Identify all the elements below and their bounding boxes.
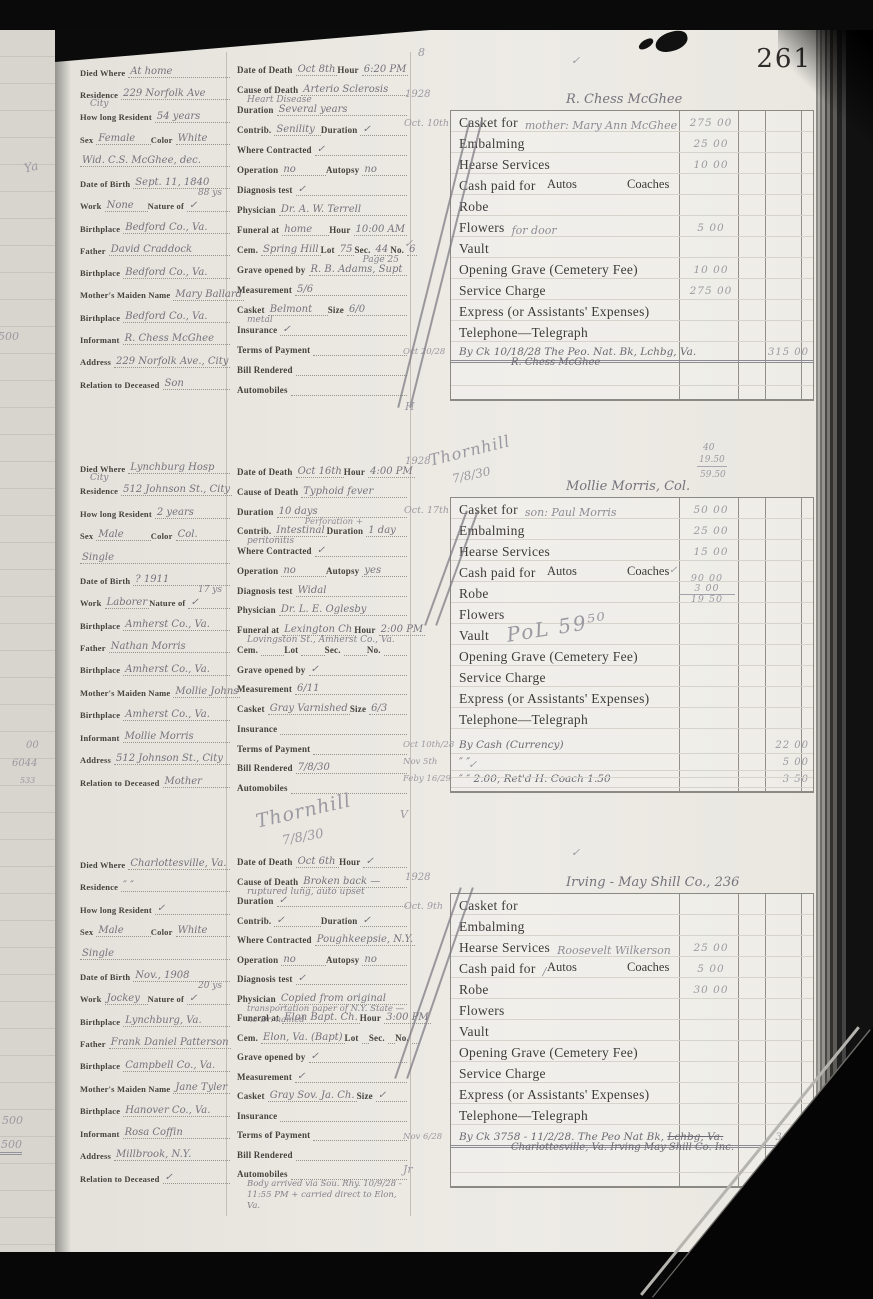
payment-amount: 5 00: [761, 757, 809, 768]
field-label: Insurance: [237, 725, 277, 735]
billing-items: Casket forson: Paul Morris50 00Embalming…: [451, 498, 813, 729]
field-value: 6/11: [295, 683, 407, 695]
field-row: SexMaleColorWhite: [80, 925, 230, 937]
field-label: Diagnosis test: [237, 975, 293, 985]
field-label: Bill Rendered: [237, 1151, 293, 1161]
field-value: 6/0: [347, 304, 407, 316]
ruled-spacer: [451, 777, 813, 778]
field-row: Measurement✓: [237, 1071, 407, 1083]
billing-item-label: Hearse Services: [459, 157, 550, 173]
field-label: Duration: [237, 508, 274, 518]
personal-fields: Died WhereLynchburg HospCityResidence512…: [80, 462, 230, 788]
annotation-check-margin: ✓: [404, 237, 413, 250]
personal-fields: Died WhereCharlottesville, Va.Residence″…: [80, 858, 230, 1184]
billing-item-row: Hearse Services15 00: [451, 540, 813, 561]
field-label: Where Contracted: [237, 146, 312, 156]
field-value: 512 Johnson St., City: [114, 753, 230, 765]
billing-box: 1928Oct. 17thMollie Morris, Col.Casket f…: [450, 497, 814, 793]
field-subtext: Heart Disease: [247, 95, 312, 105]
field-value: At home: [128, 66, 230, 78]
field-row: Mother's Maiden NameMollie Johns: [80, 686, 230, 698]
billing-item-note: son: Paul Morris: [525, 506, 617, 519]
prev-page-edge: Ya5000060445335001500: [0, 30, 55, 1252]
field-value: Nathan Morris: [109, 641, 230, 653]
field-label: Cem.: [237, 1034, 258, 1044]
field-value: ✓: [188, 597, 230, 609]
payment-text: ″ ″ 2.00, Ret'd H. Coach 1.50: [459, 773, 611, 785]
field-row: How long Resident2 years: [80, 507, 230, 519]
field-value: Oct 16th: [296, 466, 344, 478]
field-value: Gray Varnished: [268, 703, 350, 715]
field-value: 5/6: [295, 284, 407, 296]
field-label: Address: [80, 1152, 111, 1161]
annotation-script-mid: Thornhill: [254, 789, 354, 832]
field-label: Color: [151, 928, 173, 937]
field-subtext: Lovingston St., Amherst Co., Va.: [247, 635, 395, 645]
margin-fragment: 1500: [0, 1138, 22, 1155]
field-label: Hour: [344, 468, 365, 478]
field-label: Work: [80, 202, 102, 211]
field-value: White: [176, 133, 230, 145]
billing-item-note: mother: Mary Ann McGhee: [525, 119, 677, 132]
billing-item-row: Opening Grave (Cemetery Fee)10 00: [451, 258, 813, 279]
field-label: Birthplace: [80, 1107, 120, 1116]
check-mark: ✓: [669, 565, 677, 576]
field-label: Operation: [237, 956, 278, 966]
field-value: Rosa Coffin: [123, 1127, 230, 1139]
field-value: ✓: [309, 664, 407, 676]
field-row: Bill Rendered: [237, 364, 407, 376]
billing-item-label: Flowers: [459, 1003, 505, 1019]
field-value: Dr. L. E. Oglesby: [279, 604, 407, 616]
field-row: InformantRosa Coffin: [80, 1127, 230, 1139]
field-value: [301, 644, 324, 656]
billing-item-label: Service Charge: [459, 670, 546, 686]
billing-item-row: Opening Grave (Cemetery Fee): [451, 1041, 813, 1062]
billing-date: Oct. 10th: [404, 118, 450, 129]
payment-row: Oct 20/28By Ck 10/18/28 The Peo. Nat. Bk…: [451, 344, 813, 363]
billing-item-row: Telephone—Telegraph: [451, 708, 813, 729]
field-label: Residence: [80, 883, 118, 892]
field-row: OperationnoAutopsyyes: [237, 565, 407, 577]
margin-fragment: 500: [0, 330, 19, 343]
field-value: ✓: [277, 895, 407, 907]
billing-amount: 5 00: [685, 222, 737, 234]
field-value: 6:20 PM: [362, 64, 409, 76]
margin-fragment: 500: [2, 1114, 23, 1127]
billing-item-label: Hearse Services: [459, 544, 550, 560]
field-row: CasketGray Sov. Ja. Ch.Size✓: [237, 1090, 407, 1102]
billing-item-row: Robe: [451, 195, 813, 216]
field-subtext: 20 ys: [198, 981, 222, 991]
field-label: Birthplace: [80, 314, 120, 323]
billing-year: 1928: [405, 89, 430, 100]
payment-row: Nov 6/28By Ck 3758 - 11/2/28. The Peo Na…: [451, 1129, 813, 1148]
payment-date: Nov 5th: [403, 757, 449, 767]
billing-item-label: Express (or Assistants' Expenses): [459, 1087, 649, 1103]
field-value: no: [281, 565, 326, 577]
field-row: Died WhereAt home: [80, 66, 230, 78]
field-value: Male: [96, 529, 150, 541]
annotation-mark-margin-bottom: Jr: [403, 1163, 413, 1176]
billing-item-row: Service Charge: [451, 1062, 813, 1083]
field-label: Size: [357, 1092, 373, 1102]
billing-item-label: Robe: [459, 586, 489, 602]
field-value: Bedford Co., Va.: [123, 222, 230, 234]
billing-item-row: FlowersPoL 59⁵⁰: [451, 603, 813, 624]
margin-fragment: 6044: [12, 758, 37, 769]
field-row: Date of DeathOct 8thHour6:20 PM: [237, 64, 407, 76]
field-label: Birthplace: [80, 1018, 120, 1027]
billing-item-row: Telephone—Telegraph: [451, 1104, 813, 1125]
field-label: Sex: [80, 928, 93, 937]
field-label: Father: [80, 247, 106, 256]
billing-subcolumn-label: Coaches: [627, 960, 669, 975]
field-row: Funeral atLexington ChHour2:00 PMLovings…: [237, 624, 407, 636]
field-label: Birthplace: [80, 225, 120, 234]
field-label: Date of Birth: [80, 577, 130, 586]
field-label: How long Resident: [80, 113, 152, 122]
field-value: ″ ″: [121, 880, 230, 892]
field-row: Date of DeathOct 16thHour4:00 PM: [237, 466, 407, 478]
field-row: BirthplaceBedford Co., Va.: [80, 222, 230, 234]
payment-text: By Cash (Currency): [459, 739, 564, 751]
field-row: Mother's Maiden NameJane Tyler: [80, 1082, 230, 1094]
field-label: Residence: [80, 487, 118, 496]
field-label: Contrib.: [237, 126, 271, 136]
field-label: Terms of Payment: [237, 745, 310, 755]
field-label: Birthplace: [80, 666, 120, 675]
field-row: BirthplaceBedford Co., Va.: [80, 267, 230, 279]
field-value: ✓: [363, 856, 407, 868]
field-label: Sex: [80, 532, 93, 541]
billing-item-note: Roosevelt Wilkerson: [557, 944, 671, 957]
billing-item-row: Express (or Assistants' Expenses): [451, 300, 813, 321]
billing-amount: 25 00: [685, 942, 737, 954]
billing-box: 1928Oct. 9thIrving - May Shill Co., 236C…: [450, 893, 814, 1188]
field-label: Relation to Deceased: [80, 1175, 160, 1184]
field-label: Grave opened by: [237, 1053, 306, 1063]
annotation-script-top-date: 7/8/30: [451, 464, 492, 486]
field-label: Cem.: [237, 646, 258, 656]
field-value: [313, 743, 407, 755]
field-label: Birthplace: [80, 269, 120, 278]
field-row: Died WhereCharlottesville, Va.: [80, 858, 230, 870]
field-label: Automobiles: [237, 784, 288, 794]
field-subtext: 88 ys: [198, 188, 222, 198]
payment-date: Feby 16/29: [403, 774, 449, 784]
field-label: Operation: [237, 166, 278, 176]
billing-item-label: Cash paid for: [459, 178, 536, 194]
billing-item-note: for door: [512, 224, 557, 237]
field-value: Charlottesville, Va.: [128, 858, 230, 870]
field-value: Spring Hill: [261, 244, 321, 256]
billing-subcolumn-label: Autos: [547, 564, 577, 579]
field-label: Terms of Payment: [237, 346, 310, 356]
field-value: 10:00 AM: [354, 224, 407, 236]
billing-item-label: Vault: [459, 628, 489, 644]
field-row: Residence229 Norfolk AveCity: [80, 88, 230, 100]
field-value: Poughkeepsie, N.Y.: [315, 934, 415, 946]
billing-item-label: Telephone—Telegraph: [459, 325, 588, 341]
billing-item-row: Flowersfor door5 00: [451, 216, 813, 237]
billing-item-label: Embalming: [459, 136, 525, 152]
billing-amount: 275 00: [685, 285, 737, 297]
billing-item-row: Telephone—Telegraph: [451, 321, 813, 342]
billing-item-label: Flowers: [459, 220, 505, 236]
field-row: Bill Rendered: [237, 1149, 407, 1161]
billing-item-label: Opening Grave (Cemetery Fee): [459, 649, 638, 665]
field-row: Single: [80, 948, 230, 960]
field-label: Color: [151, 136, 173, 145]
annotation-script-mid-date: 7/8/30: [281, 826, 325, 848]
field-label: Birthplace: [80, 711, 120, 720]
field-value: David Craddock: [109, 244, 230, 256]
billing-item-label: Opening Grave (Cemetery Fee): [459, 262, 638, 278]
billing-item-row: Express (or Assistants' Expenses): [451, 687, 813, 708]
field-label: Relation to Deceased: [80, 779, 160, 788]
field-value: Amherst Co., Va.: [123, 664, 230, 676]
field-row: Insurance: [237, 723, 407, 735]
annotation-check-top-mid: ✓: [571, 846, 580, 859]
field-value: 4:00 PM: [368, 466, 415, 478]
field-row: Grave opened byR. B. Adams, Supt: [237, 264, 407, 276]
billing-item-row: Casket forson: Paul Morris50 00: [451, 498, 813, 519]
billing-item-label: Cash paid for: [459, 565, 536, 581]
field-value: Elon, Va. (Bapt): [261, 1032, 344, 1044]
field-row: Insurance: [237, 1110, 407, 1122]
field-value: ✓: [163, 1172, 230, 1184]
burial-record: Died WhereLynchburg HospCityResidence512…: [55, 455, 818, 847]
field-row: DurationSeveral years: [237, 104, 407, 116]
field-row: OperationnoAutopsyno: [237, 164, 407, 176]
billing-amount: 5 00: [685, 963, 737, 975]
field-value: Mother: [163, 776, 230, 788]
field-value: [313, 1129, 407, 1141]
field-label: Where Contracted: [237, 547, 312, 557]
payment-row: Feby 16/29″ ″ 2.00, Ret'd H. Coach 1.503…: [451, 771, 813, 788]
field-label: Nature of: [148, 202, 184, 211]
field-label: Autopsy: [326, 567, 359, 577]
payment-text2: Charlottesville, Va. Irving May Shill Co…: [511, 1142, 734, 1153]
field-value: [384, 644, 407, 656]
field-value: ✓: [280, 324, 407, 336]
field-row: PhysicianDr. A. W. Terrell: [237, 204, 407, 216]
field-row: SexFemaleColorWhite: [80, 133, 230, 145]
death-fields: Date of DeathOct 8thHour6:20 PMCause of …: [237, 64, 407, 396]
field-row: How long Resident✓: [80, 903, 230, 915]
field-value: Female: [96, 133, 150, 145]
field-label: Hour: [337, 66, 358, 76]
field-row: Where Contracted✓: [237, 144, 407, 156]
field-row: Cause of DeathArterio SclerosisHeart Dis…: [237, 84, 407, 96]
annotation-sum-res: 59.50: [700, 470, 726, 480]
field-label: Cause of Death: [237, 488, 298, 498]
field-value: ✓: [295, 1071, 407, 1083]
billing-item-row: Embalming25 00: [451, 519, 813, 540]
billing-payer: Irving - May Shill Co., 236: [566, 875, 739, 890]
billing-item-label: Hearse Services: [459, 940, 550, 956]
annotation-mark-top-left: 8: [418, 46, 425, 59]
field-value: Single: [80, 552, 230, 564]
billing-item-row: Opening Grave (Cemetery Fee): [451, 645, 813, 666]
field-value: 229 Norfolk Ave., City: [114, 356, 230, 368]
payment-amount: 22 00: [761, 740, 809, 751]
field-value: ✓: [376, 1090, 407, 1102]
field-label: Autopsy: [326, 166, 359, 176]
field-value: Amherst Co., Va.: [123, 619, 230, 631]
billing-year: 1928: [405, 872, 430, 883]
annotation-mark-margin-bottom: H: [405, 400, 415, 413]
field-label: Diagnosis test: [237, 186, 293, 196]
field-value: Jane Tyler: [173, 1082, 230, 1094]
field-value: Widal: [296, 585, 407, 597]
field-value: Laborer: [105, 597, 150, 609]
billing-item-row: Cash paid forAutosCoaches: [451, 174, 813, 195]
field-label: Color: [151, 532, 173, 541]
field-label: Insurance: [237, 326, 277, 336]
ink-blot: [637, 37, 655, 52]
field-row: Date of Birth? 191117 ys: [80, 574, 230, 586]
field-label: How long Resident: [80, 510, 152, 519]
field-label: Sec.: [325, 646, 341, 656]
billing-box: 1928Oct. 10thR. Chess McGheeCasket formo…: [450, 110, 814, 401]
billing-subcolumn-label: Autos: [547, 177, 577, 192]
field-value: Oct 8th: [296, 64, 338, 76]
field-value: ✓: [360, 124, 407, 136]
field-label: Size: [328, 306, 344, 316]
field-row: BirthplaceCampbell Co., Va.: [80, 1060, 230, 1072]
field-subtext: ruptured lung, auto upset: [247, 887, 365, 897]
field-label: Duration: [321, 917, 358, 927]
field-value: ✓: [315, 144, 407, 156]
field-row: BirthplaceHanover Co., Va.: [80, 1105, 230, 1117]
field-row: Diagnosis testWidal: [237, 585, 407, 597]
field-label: Father: [80, 644, 106, 653]
field-row: Relation to Deceased✓: [80, 1172, 230, 1184]
field-subtext: City: [90, 99, 108, 109]
field-row: Contrib.SenilityDuration✓: [237, 124, 407, 136]
billing-item-label: Telephone—Telegraph: [459, 1108, 588, 1124]
field-value: Dr. A. W. Terrell: [279, 204, 407, 216]
field-row: InformantMollie Morris: [80, 731, 230, 743]
field-row: How long Resident54 years: [80, 111, 230, 123]
field-label: Address: [80, 358, 111, 367]
field-value: no: [281, 954, 326, 966]
field-row: OperationnoAutopsyno: [237, 954, 407, 966]
ruled-spacer: [451, 385, 813, 386]
death-fields: Date of DeathOct 6thHour✓Cause of DeathB…: [237, 856, 407, 1180]
billing-amount: 25 00: [685, 525, 737, 537]
ledger-page: 261 Died WhereAt homeResidence229 Norfol…: [55, 30, 818, 1252]
field-value: White: [176, 925, 230, 937]
field-value: Hanover Co., Va.: [123, 1105, 230, 1117]
field-label: Where Contracted: [237, 936, 312, 946]
field-row: Diagnosis test✓: [237, 973, 407, 985]
field-value: [296, 1149, 407, 1161]
billing-item-label: Express (or Assistants' Expenses): [459, 304, 649, 320]
field-label: Date of Death: [237, 66, 293, 76]
field-value: ✓: [360, 915, 407, 927]
field-label: Duration: [237, 106, 274, 116]
field-subtext: City: [90, 473, 108, 483]
field-label: Mother's Maiden Name: [80, 689, 170, 698]
billing-item-label: Vault: [459, 1024, 489, 1040]
billing-item-row: Casket formother: Mary Ann McGhee275 00: [451, 111, 813, 132]
field-value: [280, 1110, 407, 1122]
field-label: Died Where: [80, 861, 125, 870]
field-row: Measurement6/11: [237, 683, 407, 695]
field-value: [362, 1032, 369, 1044]
billing-subcolumn-label: Coaches: [627, 564, 669, 579]
field-value: Col.: [176, 529, 230, 541]
billing-amount-line: 19 50: [679, 594, 735, 605]
billing-item-label: Cash paid for: [459, 961, 536, 977]
margin-fragment: 533: [20, 776, 35, 785]
field-row: Cem.Spring HillLot75Sec.44No.6Page 25: [237, 244, 407, 256]
field-label: How long Resident: [80, 906, 152, 915]
field-value: Typhoid fever: [301, 486, 407, 498]
billing-item-label: Telephone—Telegraph: [459, 712, 588, 728]
billing-item-note: /: [543, 965, 547, 978]
field-value: Several years: [277, 104, 407, 116]
field-row: Relation to DeceasedSon: [80, 378, 230, 390]
field-row: PhysicianDr. L. E. Oglesby: [237, 604, 407, 616]
field-value: no: [362, 954, 407, 966]
field-row: Died WhereLynchburg HospCity: [80, 462, 230, 474]
field-value: Senility: [274, 124, 321, 136]
field-row: WorkLaborerNature of✓: [80, 597, 230, 609]
field-label: Physician: [237, 606, 276, 616]
field-value: Single: [80, 948, 230, 960]
field-label: Date of Death: [237, 858, 293, 868]
field-value: 1 day: [366, 525, 407, 537]
annotation-check-below-pay: ✓: [468, 758, 477, 771]
field-row: Terms of Payment: [237, 743, 407, 755]
field-label: Work: [80, 995, 102, 1004]
field-label: No.: [367, 646, 381, 656]
field-value: Lynchburg Hosp: [128, 462, 230, 474]
ledger-photo: Ya5000060445335001500 261 Died WhereAt h…: [0, 0, 873, 1299]
field-row: Mother's Maiden NameMary Ballard: [80, 289, 230, 301]
field-value: [344, 644, 367, 656]
billing-item-label: Casket for: [459, 502, 518, 518]
field-row: BirthplaceLynchburg, Va.: [80, 1015, 230, 1027]
field-row: Single: [80, 552, 230, 564]
field-value: R. Chess McGhee: [123, 333, 230, 345]
field-value: 75: [338, 244, 355, 256]
billing-item-row: Embalming: [451, 915, 813, 936]
field-value: [291, 384, 407, 396]
field-label: Bill Rendered: [237, 366, 293, 376]
annotation-sum-mid: 19.50: [697, 455, 727, 467]
field-row: Bill Rendered7/8/30: [237, 762, 407, 774]
billing-item-row: Service Charge: [451, 666, 813, 687]
billing-payments: Nov 6/28By Ck 3758 - 11/2/28. The Peo Na…: [451, 1129, 813, 1148]
field-row: Cause of DeathTyphoid fever: [237, 486, 407, 498]
field-label: Grave opened by: [237, 666, 306, 676]
field-value: yes: [362, 565, 407, 577]
field-label: Grave opened by: [237, 266, 306, 276]
field-label: Lot: [321, 246, 335, 256]
billing-item-label: Service Charge: [459, 1066, 546, 1082]
field-row: Contrib.✓Duration✓: [237, 915, 407, 927]
field-value: Lynchburg, Va.: [123, 1015, 230, 1027]
field-row: FatherFrank Daniel Patterson: [80, 1037, 230, 1049]
backdrop-top: [0, 0, 873, 30]
field-row: BirthplaceAmherst Co., Va.: [80, 619, 230, 631]
payment-text2: R. Chess McGhee: [511, 357, 600, 368]
